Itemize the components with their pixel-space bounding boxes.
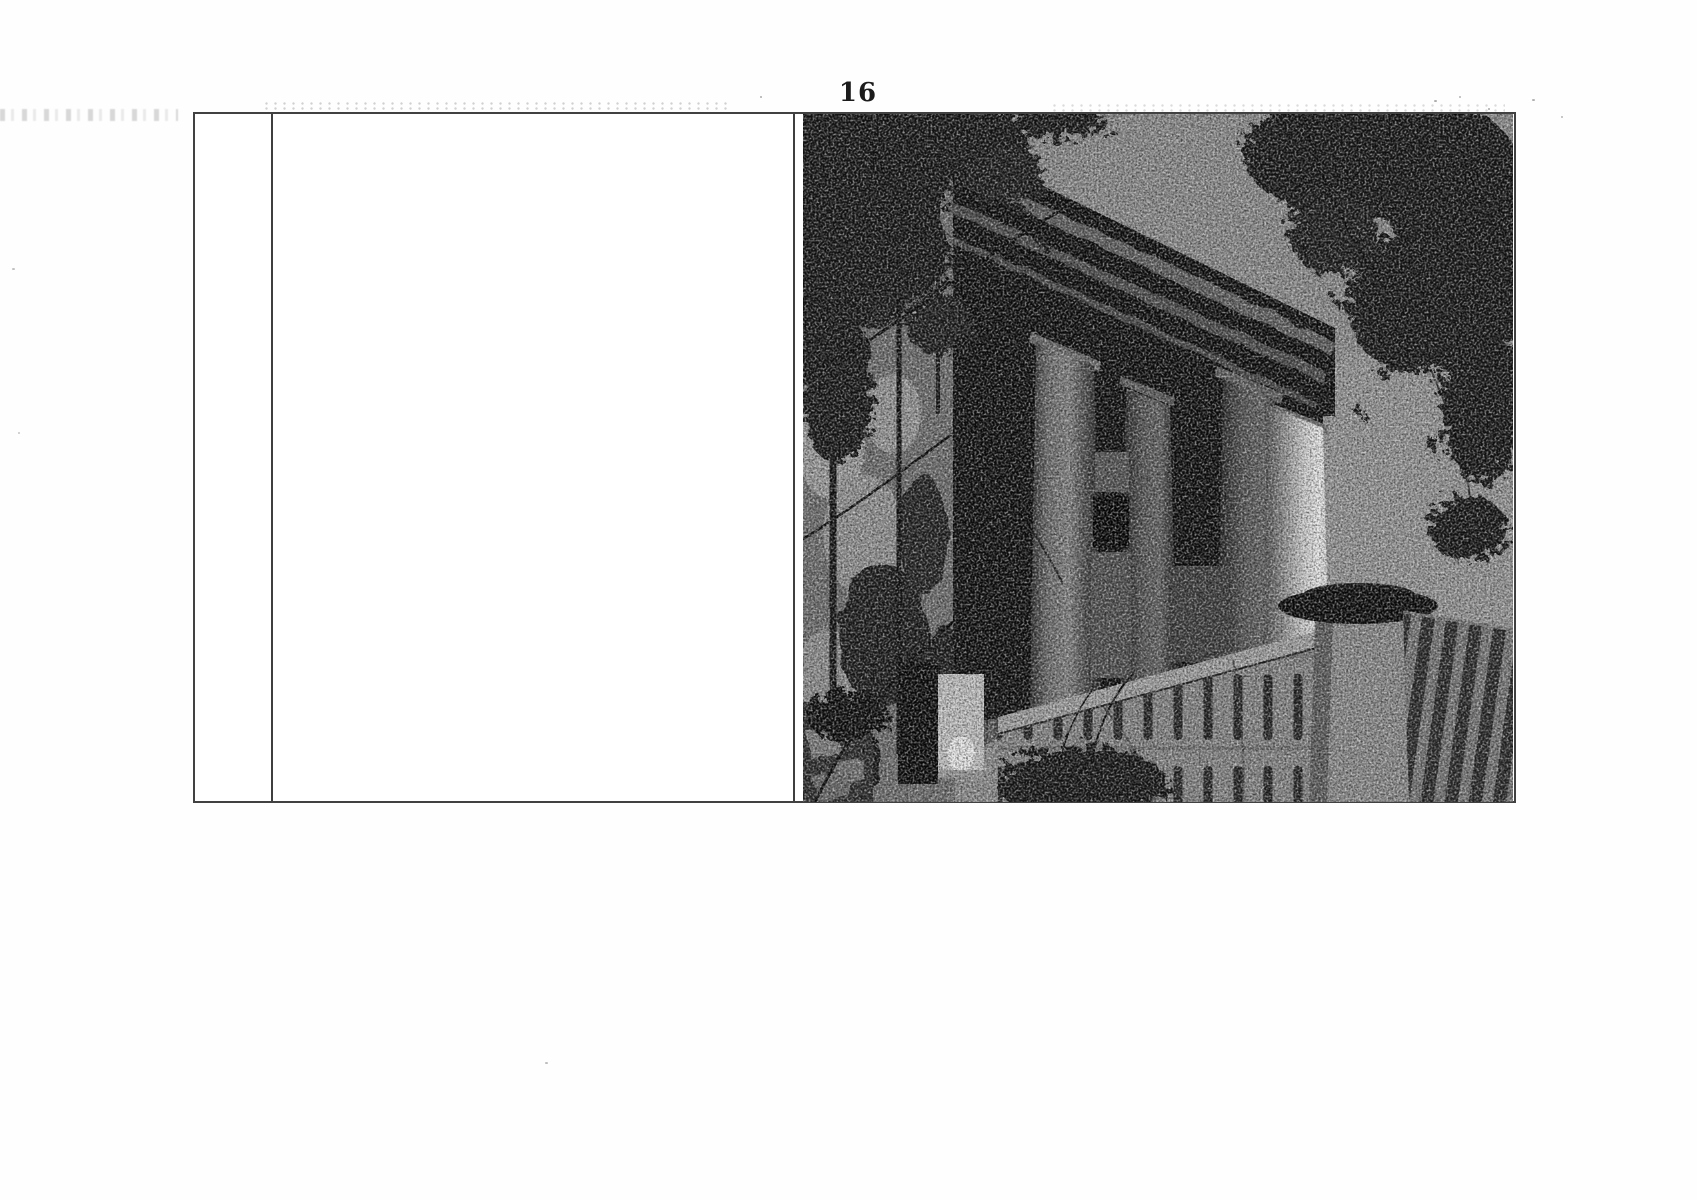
scan-speck: [1561, 116, 1563, 118]
scan-speck: [1434, 100, 1437, 102]
grain-light: [803, 114, 1513, 802]
building-photo: [803, 114, 1513, 802]
scan-speck: [760, 96, 762, 98]
table-cell-middle: [273, 114, 793, 801]
table-column-divider-2: [793, 114, 795, 801]
building-photo-art: [803, 114, 1513, 802]
page-number: 16: [828, 78, 888, 108]
table-cell-left: [195, 114, 271, 801]
scan-speck: [12, 268, 15, 270]
scan-speck: [1459, 96, 1461, 98]
scan-speckle-strip: [1050, 103, 1505, 112]
scan-speck: [545, 1062, 548, 1064]
scan-speck: [1532, 99, 1535, 101]
scanned-document-page: 16: [0, 0, 1697, 1200]
scan-speck: [18, 432, 20, 434]
scan-speckle-strip: [262, 101, 732, 110]
scan-speck: [1488, 108, 1490, 110]
scan-smudge-left: [0, 109, 178, 121]
table-column-divider-1: [271, 114, 273, 801]
